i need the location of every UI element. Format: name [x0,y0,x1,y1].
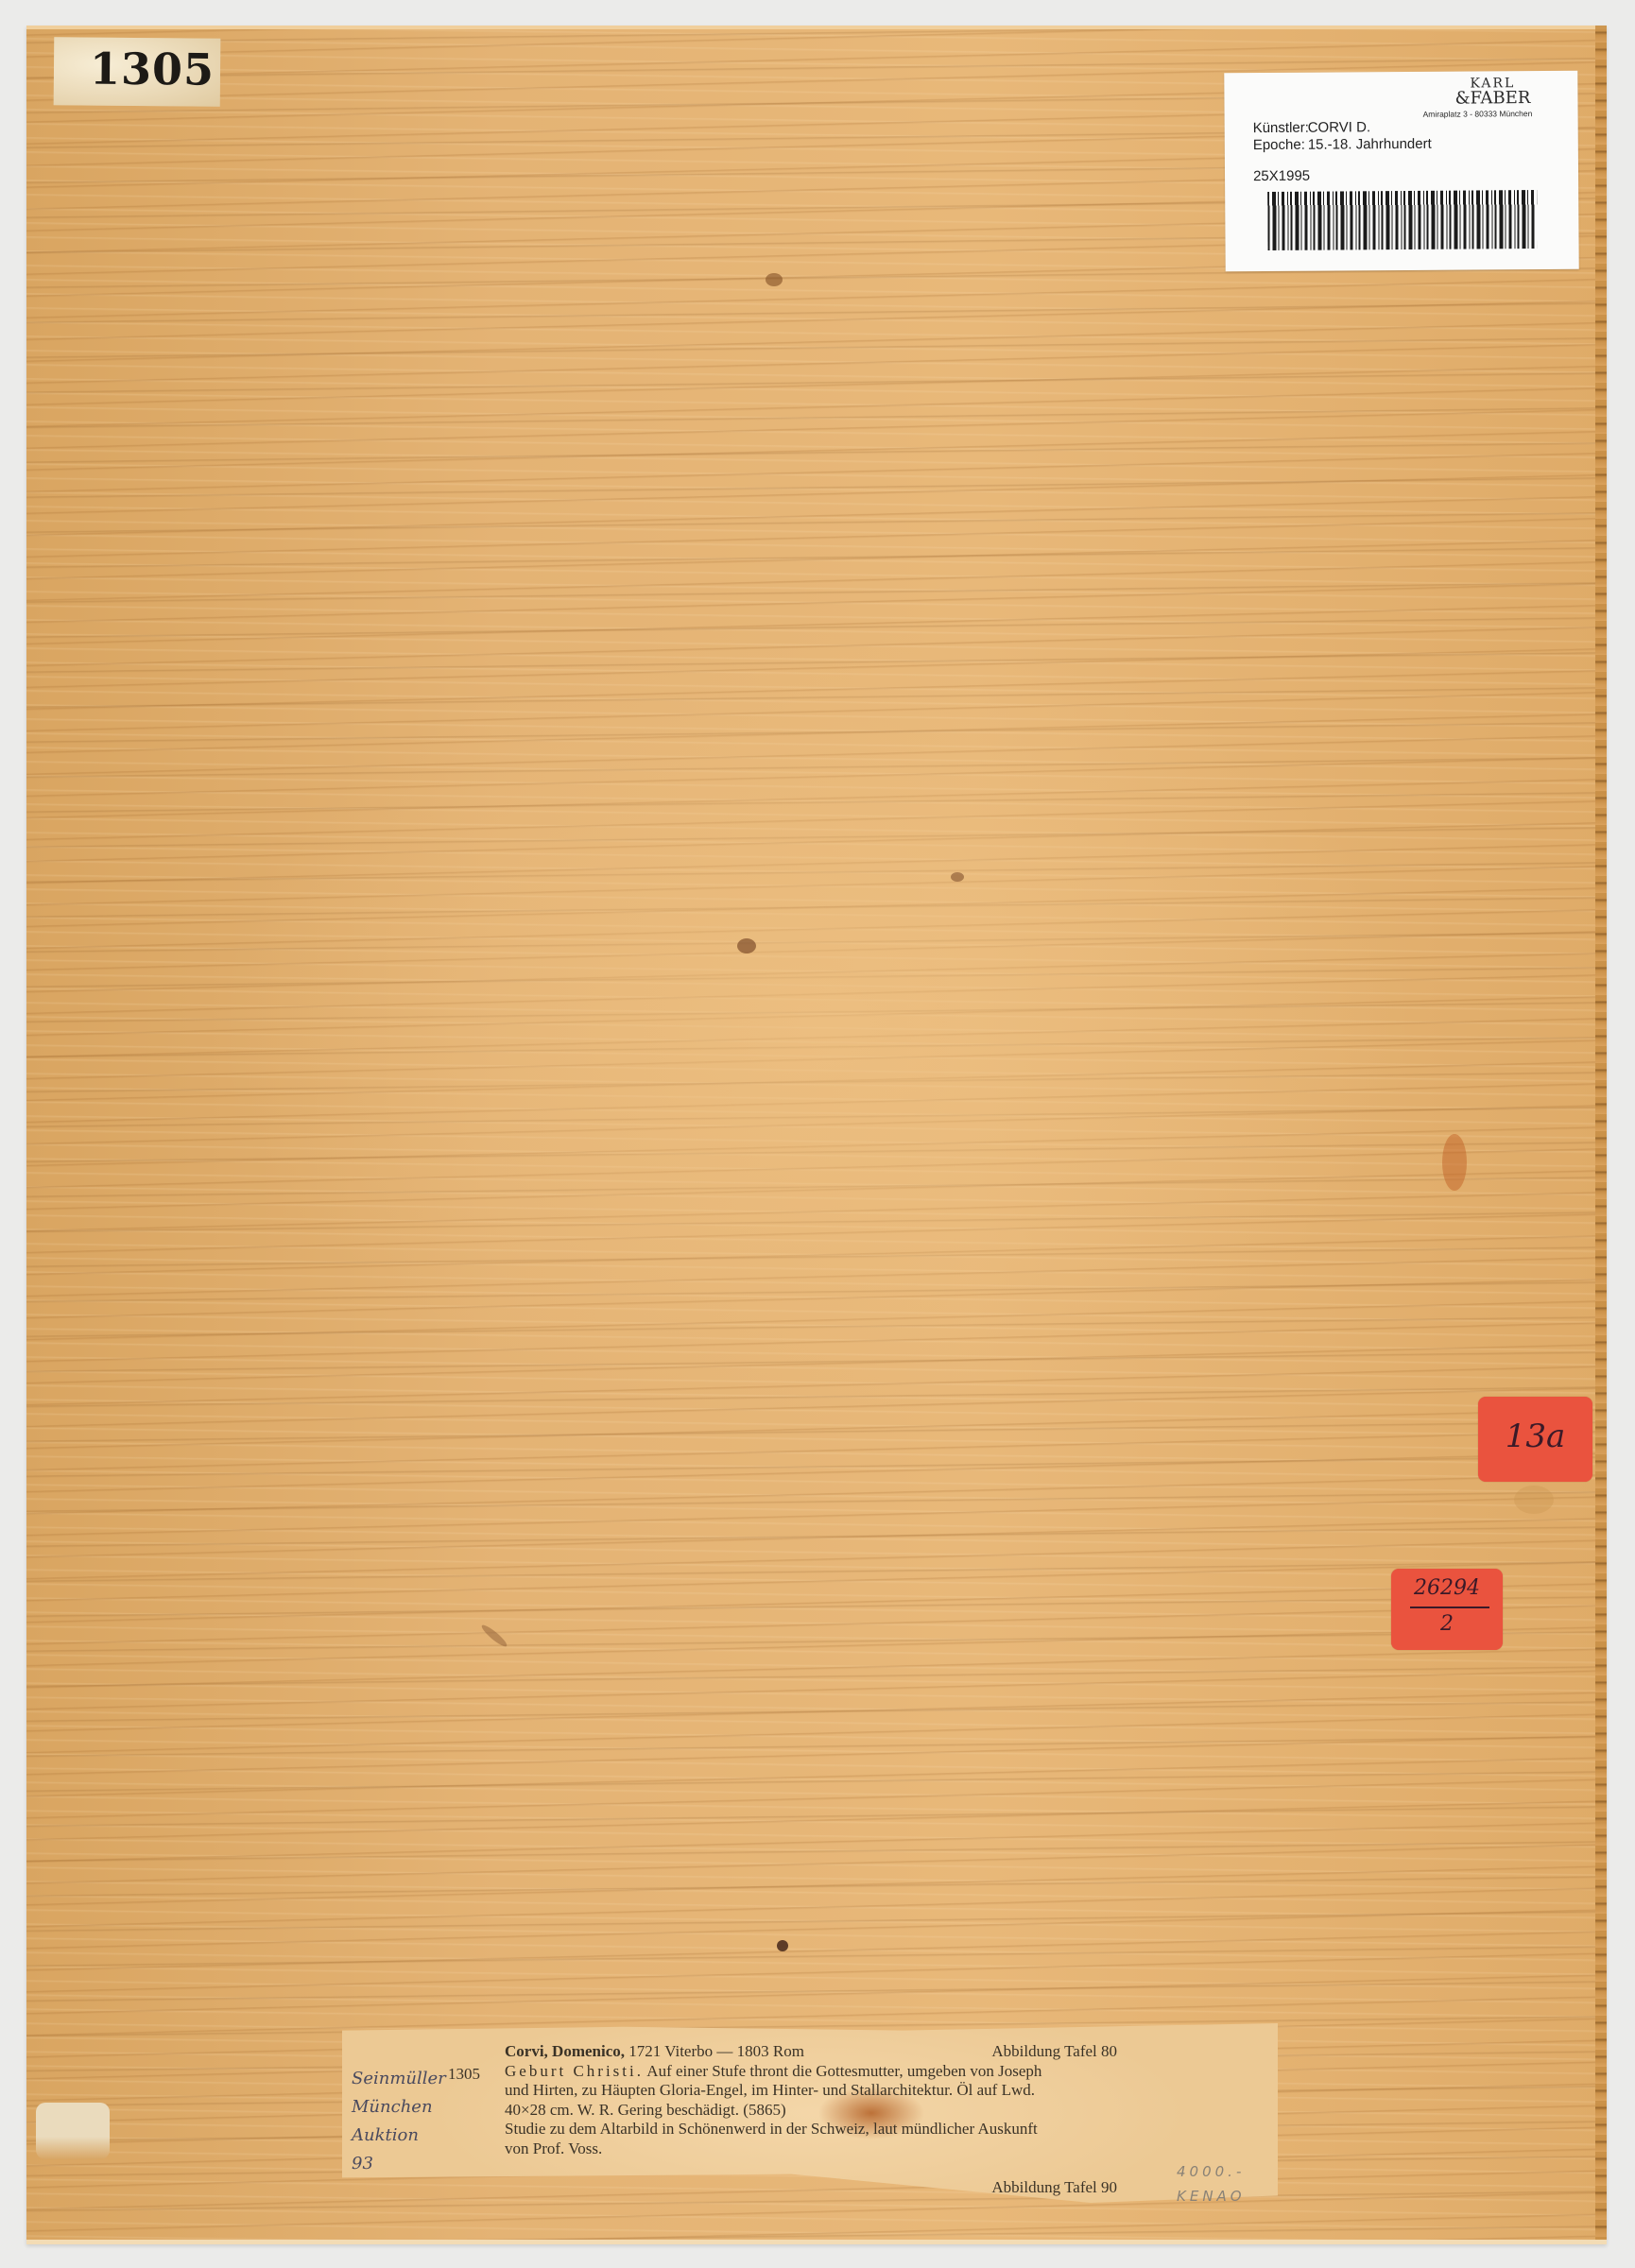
sticker-numerator: 26294 [1391,1576,1503,1600]
catalog-clipping: Seinmüller München Auktion 93 (1965) 130… [342,2023,1278,2203]
catalog-entry: Corvi, Domenico, 1721 Viterbo — 1803 Rom… [505,2042,1072,2158]
artist-dates: 1721 Viterbo — 1803 Rom [625,2042,804,2060]
wooden-panel: 1305 [26,26,1607,2244]
panel-bottom-edge [26,2240,1607,2244]
wood-knot [766,273,783,286]
wood-knot [951,872,964,882]
wood-stain [1514,1486,1554,1514]
field-value: CORVI D. [1308,119,1371,136]
label-fields: Künstler: CORVI D. Epoche: 15.-18. Jahrh… [1253,119,1432,154]
sticker-denominator: 2 [1391,1612,1503,1636]
pencil-price-note: 4000.- KENAO [1177,2159,1246,2208]
entry-line: 40×28 cm. W. R. Gering beschädigt. (5865… [505,2101,1072,2121]
field-key: Epoche: [1253,137,1308,154]
panel-top-edge [26,26,1607,29]
wood-stain [1442,1134,1467,1191]
inventory-code: 25X1995 [1253,168,1310,184]
auction-house-label: KARL &FABER Amiraplatz 3 - 80333 München… [1224,71,1578,272]
artist-name: Corvi, Domenico, [505,2042,625,2060]
lot-number: 1305 [90,43,215,95]
auction-house-logo: KARL &FABER [1436,77,1549,106]
field-value: 15.-18. Jahrhundert [1308,136,1432,154]
field-key: Künstler: [1253,120,1308,137]
entry-line: Geburt Christi. Auf einer Stufe thront d… [505,2062,1072,2082]
catalog-lot-number: 1305 [448,2065,480,2084]
panel-right-edge [1595,26,1607,2244]
red-sticker-13a: 13a [1478,1397,1592,1482]
barcode-icon [1267,190,1537,250]
sticker-text: 13a [1478,1417,1592,1455]
auction-house-address: Amiraplatz 3 - 80333 München [1423,109,1533,119]
red-sticker-inventory: 26294 2 [1391,1569,1503,1650]
field-epoch: Epoche: 15.-18. Jahrhundert [1253,136,1432,154]
paper-residue-patch [36,2103,110,2159]
field-artist: Künstler: CORVI D. [1253,119,1432,137]
entry-heading: Corvi, Domenico, 1721 Viterbo — 1803 Rom [505,2042,1072,2062]
entry-line: und Hirten, zu Häupten Gloria-Engel, im … [505,2081,1072,2101]
wood-mark [479,1623,508,1649]
lot-number-sticker: 1305 [54,37,221,107]
fraction-bar [1410,1606,1489,1608]
entry-line: Studie zu dem Altarbild in Schönenwerd i… [505,2120,1072,2139]
artwork-title: Geburt Christi. [505,2062,644,2080]
wood-knot [777,1940,788,1951]
entry-line: von Prof. Voss. [505,2139,1072,2159]
wood-knot [737,938,756,954]
